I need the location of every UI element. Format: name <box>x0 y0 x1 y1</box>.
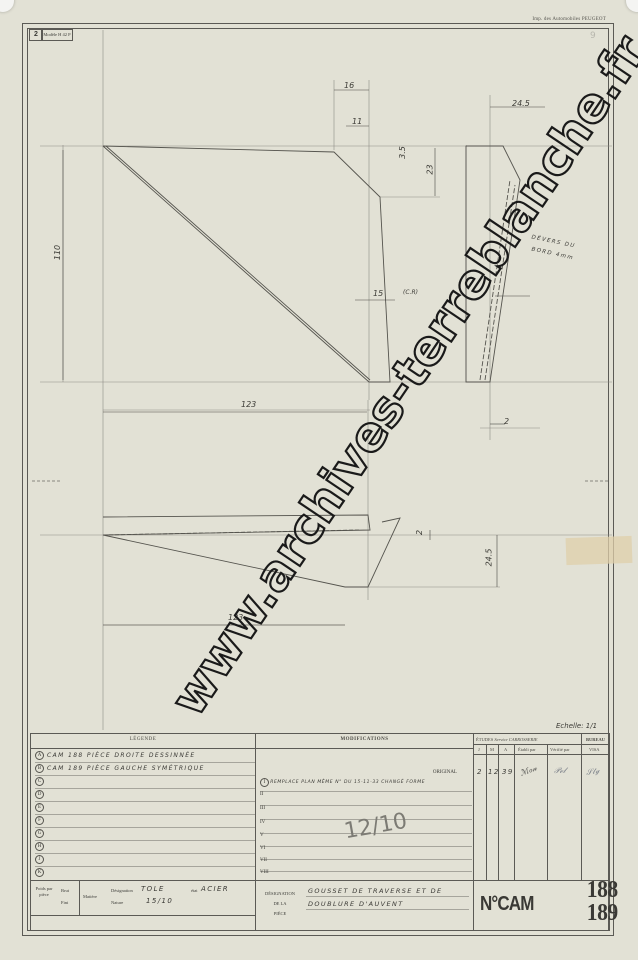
legend-row-d: D <box>35 790 255 802</box>
original-label: ORIGINAL <box>433 770 457 775</box>
date-month: 12 <box>488 768 500 776</box>
col-a: A <box>504 747 507 752</box>
modifications-panel: MODIFICATIONS ORIGINAL I REMPLACE PLAN M… <box>255 733 474 881</box>
dim-110: 110 <box>53 245 62 260</box>
weight-brut: Brut <box>61 888 69 893</box>
dim-3-5: 3.5 <box>398 146 407 159</box>
signature-verifie: 𝒫ℯ𝓁 <box>554 766 566 776</box>
dim-2-bottom: 2 <box>415 530 424 535</box>
legend-row-h: H <box>35 842 255 854</box>
legend-row-j: J <box>35 855 255 867</box>
legend-row-g: G <box>35 829 255 841</box>
dim-16: 16 <box>344 81 354 90</box>
part-line-1: GOUSSET DE TRAVERSE ET DE <box>308 887 443 895</box>
dim-123: 123 <box>241 400 256 409</box>
cam-number-bottom: 189 <box>587 900 618 927</box>
adhesive-tape <box>566 536 633 565</box>
designation-label: Désignation <box>111 888 133 893</box>
etudes-title: ÉTUDES Service CARROSSERIE <box>476 737 537 742</box>
dim-15: 15 <box>373 289 383 298</box>
modifications-title: MODIFICATIONS <box>256 737 473 742</box>
weight-label: Poids par pièce <box>35 886 53 898</box>
date-day: 2 <box>477 768 483 776</box>
part-label: DÉSIGNATION DE LA PIÈCE <box>260 889 300 919</box>
scale-label: Echelle: 1/1 <box>556 722 597 730</box>
nature-label: Nature <box>111 900 123 905</box>
etudes-panel: ÉTUDES Service CARROSSERIE BUREAU J M A … <box>473 733 610 881</box>
bureau-head: BUREAU <box>586 737 605 742</box>
legend-row-e: E <box>35 803 255 815</box>
designation-value: TOLE <box>141 885 165 893</box>
dim-24-5-bottom: 24.5 <box>484 549 493 567</box>
mod-row-i: I REMPLACE PLAN MÊME N° DU 15-11-33 CHAN… <box>260 778 472 792</box>
signature-etabli: ℳℴ𝓃 <box>519 763 539 778</box>
mod-row-ii: II <box>260 792 472 806</box>
dim-23: 23 <box>426 164 435 174</box>
col-j: J <box>478 747 480 752</box>
legend-row-a: ACAM 188 PIÈCE DROITE DESSINNÉE <box>35 751 255 763</box>
col-m: M <box>490 747 494 752</box>
drawing-sheet: Imp. des Automobiles PEUGEOT 2 Modèle H … <box>0 0 638 960</box>
legend-row-f: F <box>35 816 255 828</box>
col-visa: VISA <box>589 747 600 752</box>
legend-panel: LÉGENDE ACAM 188 PIÈCE DROITE DESSINNÉE … <box>30 733 256 881</box>
date-year: 39 <box>502 768 514 776</box>
signature-visa: 𝒮𝓉𝓎 <box>585 766 600 778</box>
dim-2-side: 2 <box>504 417 509 426</box>
col-etabli: Établi par <box>518 747 536 752</box>
legend-row-k: K <box>35 868 255 879</box>
weight-material-panel: Poids par pièce Brut Fini Matière Désign… <box>30 880 256 931</box>
col-verifie: Vérifié par <box>550 747 570 752</box>
part-line-2: DOUBLURE D'AUVENT <box>308 900 404 908</box>
legend-title: LÉGENDE <box>31 737 255 742</box>
etat-value: ACIER <box>201 885 229 893</box>
legend-row-b: BCAM 189 PIÈCE GAUCHE SYMÉTRIQUE <box>35 764 255 776</box>
ncam-label: N°CAM <box>480 893 534 916</box>
weight-fini: Fini <box>61 900 68 905</box>
dim-11: 11 <box>352 117 362 126</box>
part-designation-panel: DÉSIGNATION DE LA PIÈCE GOUSSET DE TRAVE… <box>255 880 474 931</box>
etat-label: état <box>191 888 198 893</box>
nature-value: 15/10 <box>146 897 173 905</box>
legend-row-c: C <box>35 777 255 789</box>
material-label: Matière <box>83 894 97 899</box>
dim-24-5-side: 24.5 <box>512 99 530 108</box>
dim-cr: (C.R) <box>403 289 418 296</box>
